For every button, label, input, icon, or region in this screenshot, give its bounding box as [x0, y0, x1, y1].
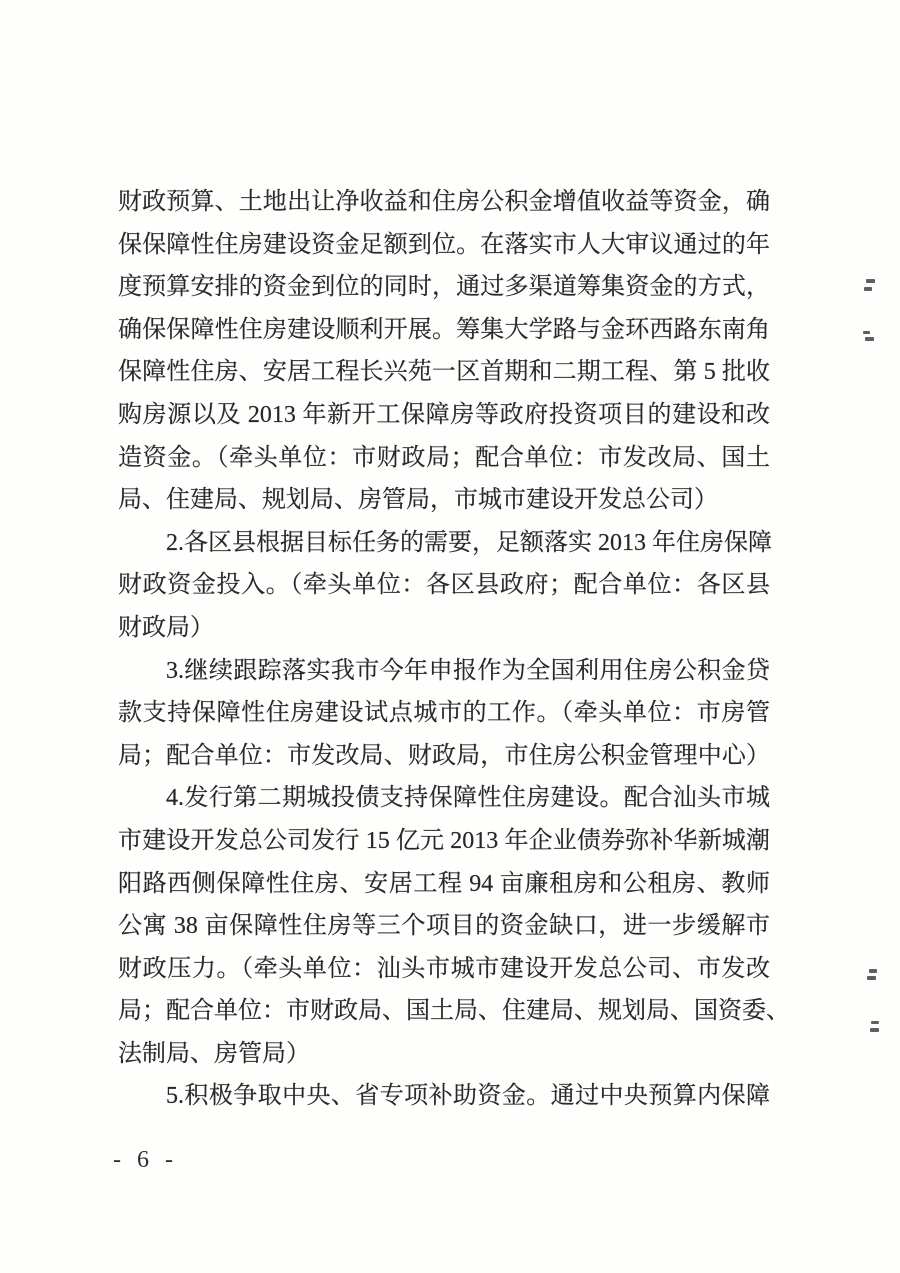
text-line: 局、住建局、规划局、房管局，市城市建设开发总公司）: [118, 479, 770, 522]
scan-artifact: [867, 976, 876, 980]
scan-artifact: [865, 337, 874, 341]
text-line: 阳路西侧保障性住房、安居工程 94 亩廉租房和公租房、教师: [118, 863, 770, 906]
text-line: 保保障性住房建设资金足额到位。在落实市人大审议通过的年: [118, 224, 770, 267]
page-number: - 6 -: [113, 1147, 176, 1173]
text-line: 保障性住房、安居工程长兴苑一区首期和二期工程、第 5 批收: [118, 351, 770, 394]
text-line: 财政资金投入。（牵头单位：各区县政府；配合单位：各区县: [118, 564, 770, 607]
scan-artifact: [869, 969, 877, 973]
scan-artifact: [864, 287, 872, 291]
text-line: 2.各区县根据目标任务的需要，足额落实 2013 年住房保障: [118, 522, 770, 565]
scan-artifact: [866, 279, 875, 283]
scan-artifact: [871, 1021, 879, 1024]
text-line: 财政局）: [118, 607, 770, 650]
document-body: 财政预算、土地出让净收益和住房公积金增值收益等资金，确保保障性住房建设资金足额到…: [118, 181, 770, 1118]
text-line: 款支持保障性住房建设试点城市的工作。（牵头单位：市房管: [118, 692, 770, 735]
text-line: 4.发行第二期城投债支持保障性住房建设。配合汕头市城: [118, 777, 770, 820]
text-line: 5.积极争取中央、省专项补助资金。通过中央预算内保障: [118, 1075, 770, 1118]
text-line: 3.继续跟踪落实我市今年申报作为全国利用住房公积金贷: [118, 650, 770, 693]
text-line: 局；配合单位：市发改局、财政局，市住房公积金管理中心）: [118, 735, 770, 778]
text-line: 财政压力。（牵头单位：汕头市城市建设开发总公司、市发改: [118, 948, 770, 991]
scan-artifact: [870, 1028, 879, 1032]
scan-artifact: [863, 331, 870, 334]
text-line: 局；配合单位：市财政局、国土局、住建局、规划局、国资委、: [118, 990, 770, 1033]
text-line: 确保保障性住房建设顺利开展。筹集大学路与金环西路东南角: [118, 309, 770, 352]
text-line: 度预算安排的资金到位的同时，通过多渠道筹集资金的方式，: [118, 266, 770, 309]
text-line: 法制局、房管局）: [118, 1033, 770, 1076]
text-line: 造资金。（牵头单位：市财政局；配合单位：市发改局、国土: [118, 437, 770, 480]
text-line: 购房源以及 2013 年新开工保障房等政府投资项目的建设和改: [118, 394, 770, 437]
document-page: 财政预算、土地出让净收益和住房公积金增值收益等资金，确保保障性住房建设资金足额到…: [0, 0, 900, 1273]
text-line: 市建设开发总公司发行 15 亿元 2013 年企业债券弥补华新城潮: [118, 820, 770, 863]
text-line: 公寓 38 亩保障性住房等三个项目的资金缺口，进一步缓解市: [118, 905, 770, 948]
text-line: 财政预算、土地出让净收益和住房公积金增值收益等资金，确: [118, 181, 770, 224]
